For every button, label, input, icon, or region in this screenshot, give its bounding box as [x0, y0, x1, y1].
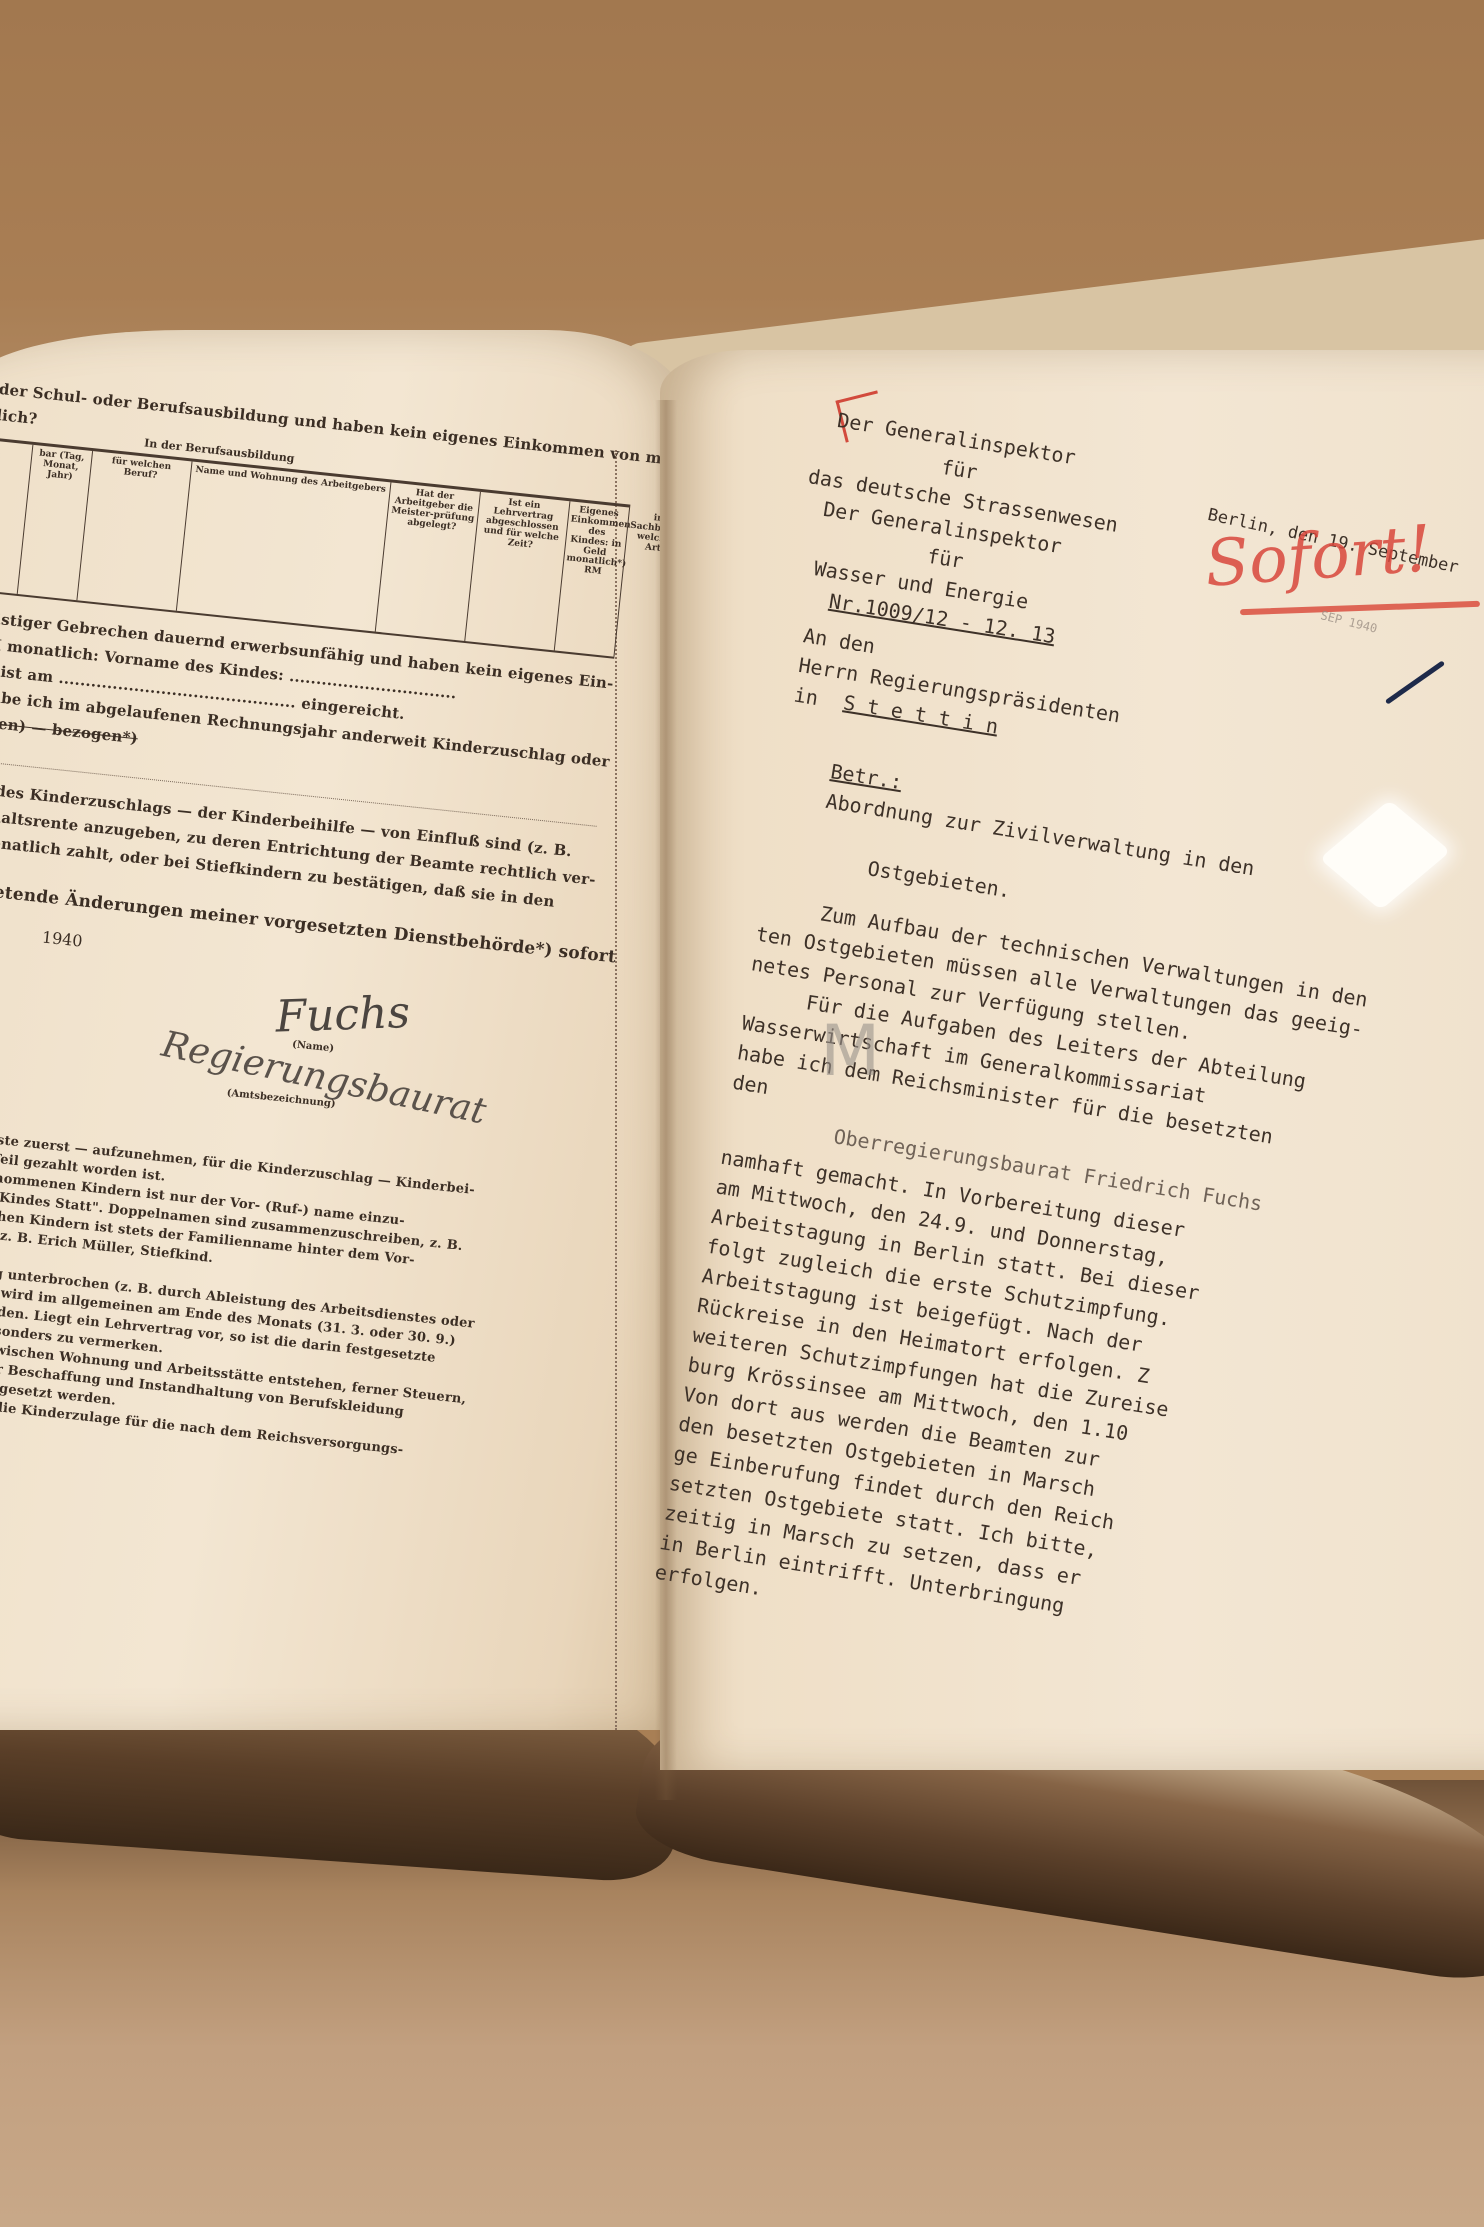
table-col-profession: für welchen Beruf?	[77, 451, 192, 611]
signature-year: 1940	[41, 927, 83, 950]
signature-name-handwritten: Fuchs	[275, 987, 411, 1043]
red-annotation: Sofort!	[1203, 512, 1434, 602]
table-col-employer: Name und Wohnung des Arbeitgebers	[177, 462, 392, 632]
left-page-form: der Schul- oder Berufsausbildung und hab…	[0, 380, 636, 1494]
subject-label: Betr.:	[829, 759, 904, 794]
table-col-apprenticeship: Ist ein Lehrvertrag abgeschlossen und fü…	[465, 492, 570, 651]
book-gutter	[655, 400, 677, 1800]
footnotes: zufallen. — das älteste zuerst — aufzune…	[0, 1106, 560, 1490]
pencil-margin-mark: M	[820, 1010, 880, 1092]
table-col-master-exam: Hat der Arbeitgeber die Meister-prüfung …	[376, 482, 481, 641]
